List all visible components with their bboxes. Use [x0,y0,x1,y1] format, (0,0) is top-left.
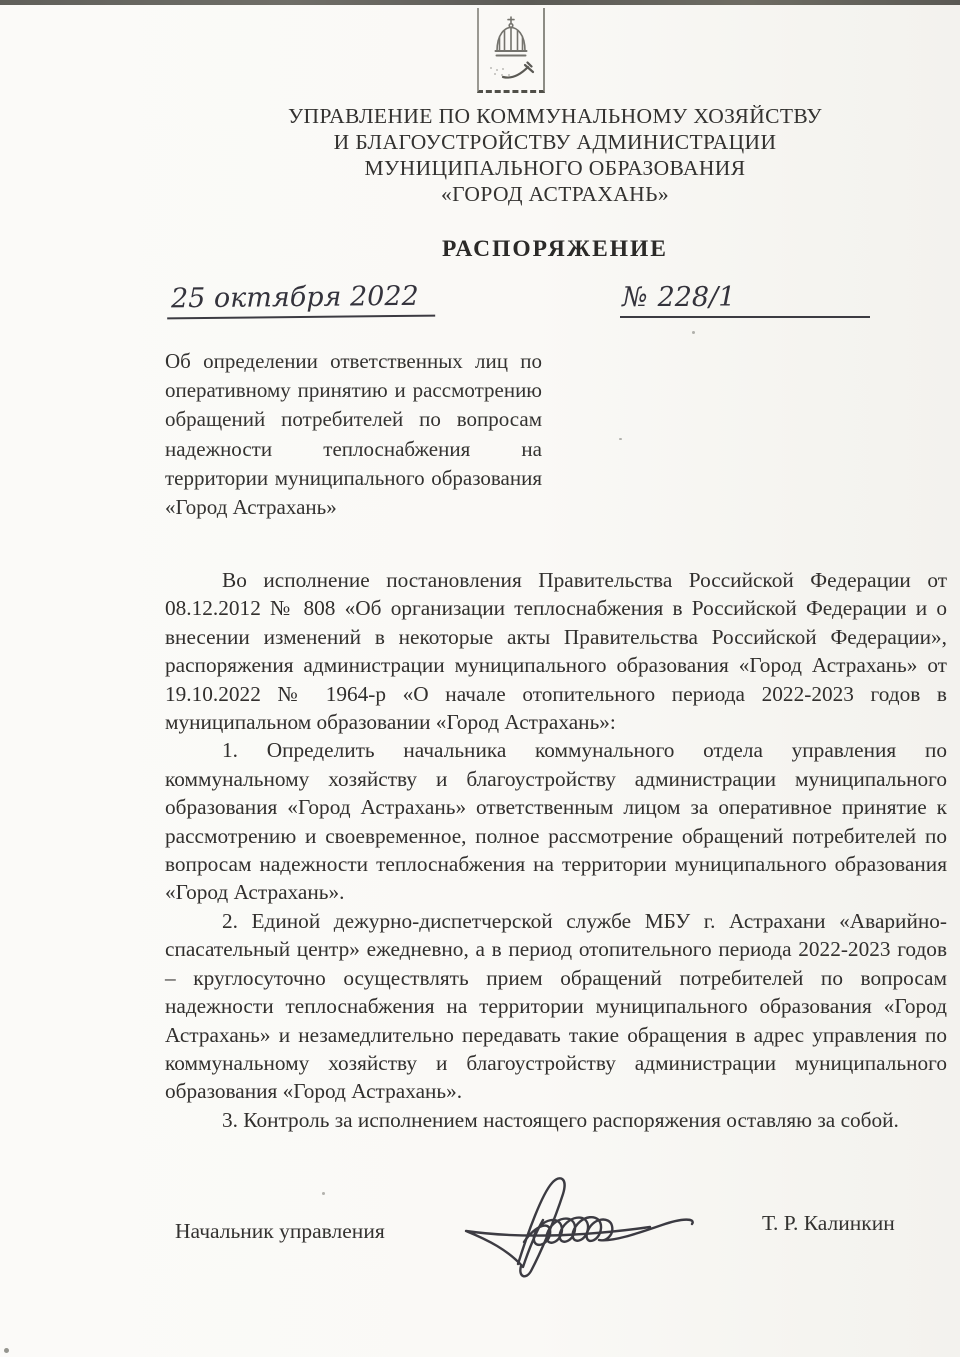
document-body: Во исполнение постановления Правительств… [165,566,947,1134]
crown-and-sword-icon [481,15,541,87]
handwritten-date: 25 октября 2022 [167,279,435,320]
number-sign: № [622,282,648,313]
subject-block: Об определении ответственных лиц по опер… [165,347,542,522]
scan-speck [4,1348,9,1353]
org-header-line: МУНИЦИПАЛЬНОГО ОБРАЗОВАНИЯ [165,155,945,181]
org-header-line: «ГОРОД АСТРАХАНЬ» [165,181,945,207]
paragraph-item-2: 2. Единой дежурно-диспетчерской службе М… [165,907,947,1106]
document-title: РАСПОРЯЖЕНИЕ [165,236,945,263]
scan-speck [322,1192,325,1195]
scan-border-top [0,0,960,5]
handwritten-signature [440,1172,740,1287]
scanned-document-page: УПРАВЛЕНИЕ ПО КОММУНАЛЬНОМУ ХОЗЯЙСТВУ И … [0,0,960,1357]
paragraph-preamble: Во исполнение постановления Правительств… [165,566,947,736]
paragraph-item-1: 1. Определить начальника коммунального о… [165,736,947,906]
paragraph-item-3: 3. Контроль за исполнением настоящего ра… [165,1106,947,1134]
org-header-line: УПРАВЛЕНИЕ ПО КОММУНАЛЬНОМУ ХОЗЯЙСТВУ [165,103,945,129]
date-number-row: 25 октября 2022 №228/1 [165,280,945,330]
signer-name: Т. Р. Калинкин [762,1211,895,1236]
scan-speck [692,331,695,334]
signer-position-title: Начальник управления [175,1219,385,1244]
org-header-line: И БЛАГОУСТРОЙСТВУ АДМИНИСТРАЦИИ [165,129,945,155]
handwritten-number: 228/1 [658,282,736,313]
document-number-field: №228/1 [620,280,870,318]
coat-of-arms-box [477,8,545,93]
organization-header: УПРАВЛЕНИЕ ПО КОММУНАЛЬНОМУ ХОЗЯЙСТВУ И … [165,103,945,207]
signature-block: Начальник управления Т. Р. Калинкин [165,1205,945,1305]
scan-speck [619,438,622,440]
